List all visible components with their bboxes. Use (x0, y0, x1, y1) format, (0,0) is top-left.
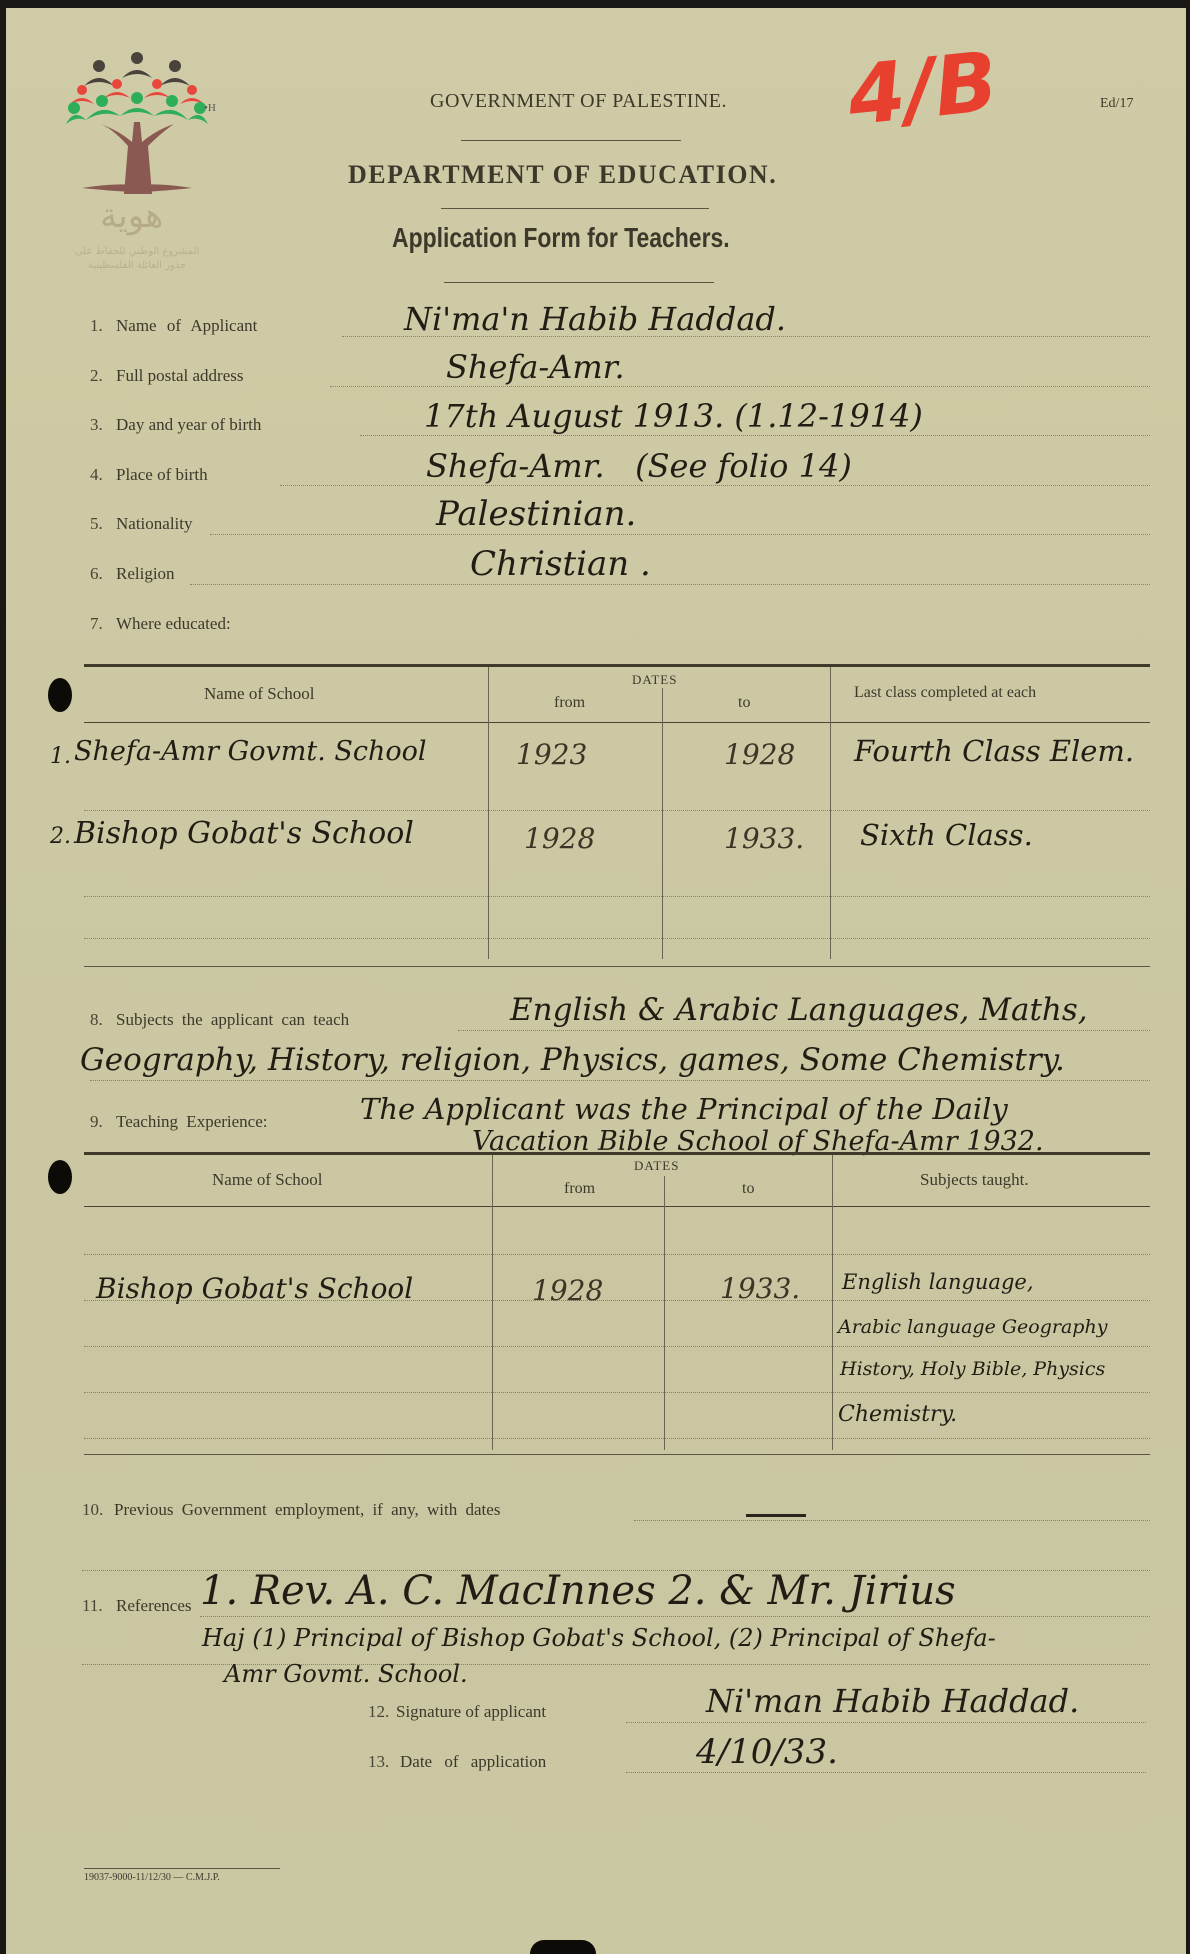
field-postal-address: 2. Full postal address Shefa-Amr. (90, 354, 1150, 394)
subjects-line-1: English & Arabic Languages, Maths, (510, 992, 1088, 1028)
field-where-educated: 7. Where educated: (90, 602, 690, 632)
field-religion: 6. Religion Christian . (90, 552, 1150, 592)
form-title: Application Form for Teachers. (392, 222, 730, 254)
references-line-3: Amr Govmt. School. (224, 1660, 468, 1688)
form-code: Ed/17 (1100, 96, 1133, 112)
nationality-value: Palestinian. (436, 494, 636, 534)
footer-rule (84, 1868, 280, 1869)
watermark-caption-2: جذور العائلة الفلسطينية (62, 260, 212, 271)
experience-table: Name of School DATES from to Subjects ta… (84, 1152, 1150, 1462)
exp-col-header-school: Name of School (212, 1170, 322, 1190)
signature-value: Ni'man Habib Haddad. (706, 1682, 1079, 1720)
date-of-application-value: 4/10/33. (696, 1732, 838, 1772)
header-divider-3 (444, 282, 714, 283)
red-pencil-annotation: 4/B (843, 34, 1002, 144)
watermark-wordmark: هوية (100, 196, 163, 236)
field-date-of-birth: 3. Day and year of birth 17th August 191… (90, 403, 1150, 443)
exp-col-header-subjects: Subjects taught. (920, 1170, 1029, 1190)
application-form-page: هوية المشروع الوطني للحفاظ على جذور العا… (6, 8, 1186, 1954)
punch-hole-2 (48, 1160, 72, 1194)
field-previous-employment: 10. Previous Government employment, if a… (82, 1488, 1162, 1558)
watermark-caption-1: المشروع الوطني للحفاظ على (62, 246, 212, 257)
religion-value: Christian . (470, 544, 651, 584)
exp-col-header-from: from (564, 1180, 595, 1198)
references-line-2: Haj (1) Principal of Bishop Gobat's Scho… (202, 1624, 996, 1652)
field-name-of-applicant: 1. Name of Applicant Ni'ma'n Habib Hadda… (90, 304, 1150, 344)
exp-col-header-to: to (742, 1180, 754, 1198)
field-subjects: 8. Subjects the applicant can teach Engl… (90, 998, 1180, 1088)
family-tree-icon (62, 46, 212, 196)
government-heading: GOVERNMENT OF PALESTINE. (430, 90, 727, 113)
experience-line-1: The Applicant was the Principal of the D… (360, 1092, 1008, 1126)
watermark-logo: هوية المشروع الوطني للحفاظ على جذور العا… (62, 46, 212, 286)
header-divider-1 (461, 140, 681, 141)
applicant-name-value: Ni'ma'n Habib Haddad. (404, 300, 786, 338)
col-header-from: from (554, 694, 585, 712)
field-date-of-application: 13. Date of application 4/10/33. (356, 1738, 1176, 1788)
previous-employment-dash (746, 1514, 806, 1517)
date-of-birth-value: 17th August 1913. (1.12-1914) (424, 397, 923, 435)
col-header-to: to (738, 694, 750, 712)
department-heading: DEPARTMENT OF EDUCATION. (348, 160, 777, 190)
postal-address-value: Shefa-Amr. (446, 348, 625, 386)
footer-print-code: 19037-9000-11/12/30 — C.M.J.P. (84, 1872, 220, 1883)
col-header-last-class: Last class completed at each (854, 684, 1036, 702)
corner-mark: •H (204, 102, 216, 114)
education-table: Name of School DATES from to Last class … (84, 664, 1150, 974)
punch-hole-1 (48, 678, 72, 712)
field-signature: 12. Signature of applicant Ni'man Habib … (356, 1688, 1176, 1738)
field-place-of-birth: 4. Place of birth Shefa-Amr. (See folio … (90, 453, 1150, 493)
field-nationality: 5. Nationality Palestinian. (90, 502, 1150, 542)
exp-col-header-dates: DATES (634, 1158, 679, 1174)
field-teaching-experience: 9. Teaching Experience: The Applicant wa… (90, 1100, 1190, 1160)
col-header-school: Name of School (204, 684, 314, 704)
place-of-birth-value: Shefa-Amr. (See folio 14) (426, 447, 852, 485)
subjects-line-2: Geography, History, religion, Physics, g… (80, 1042, 1065, 1078)
header-divider-2 (441, 208, 709, 209)
col-header-dates: DATES (632, 672, 677, 688)
bottom-binding-mark (530, 1940, 596, 1954)
references-line-1: 1. Rev. A. C. MacInnes 2. & Mr. Jirius (200, 1568, 956, 1614)
